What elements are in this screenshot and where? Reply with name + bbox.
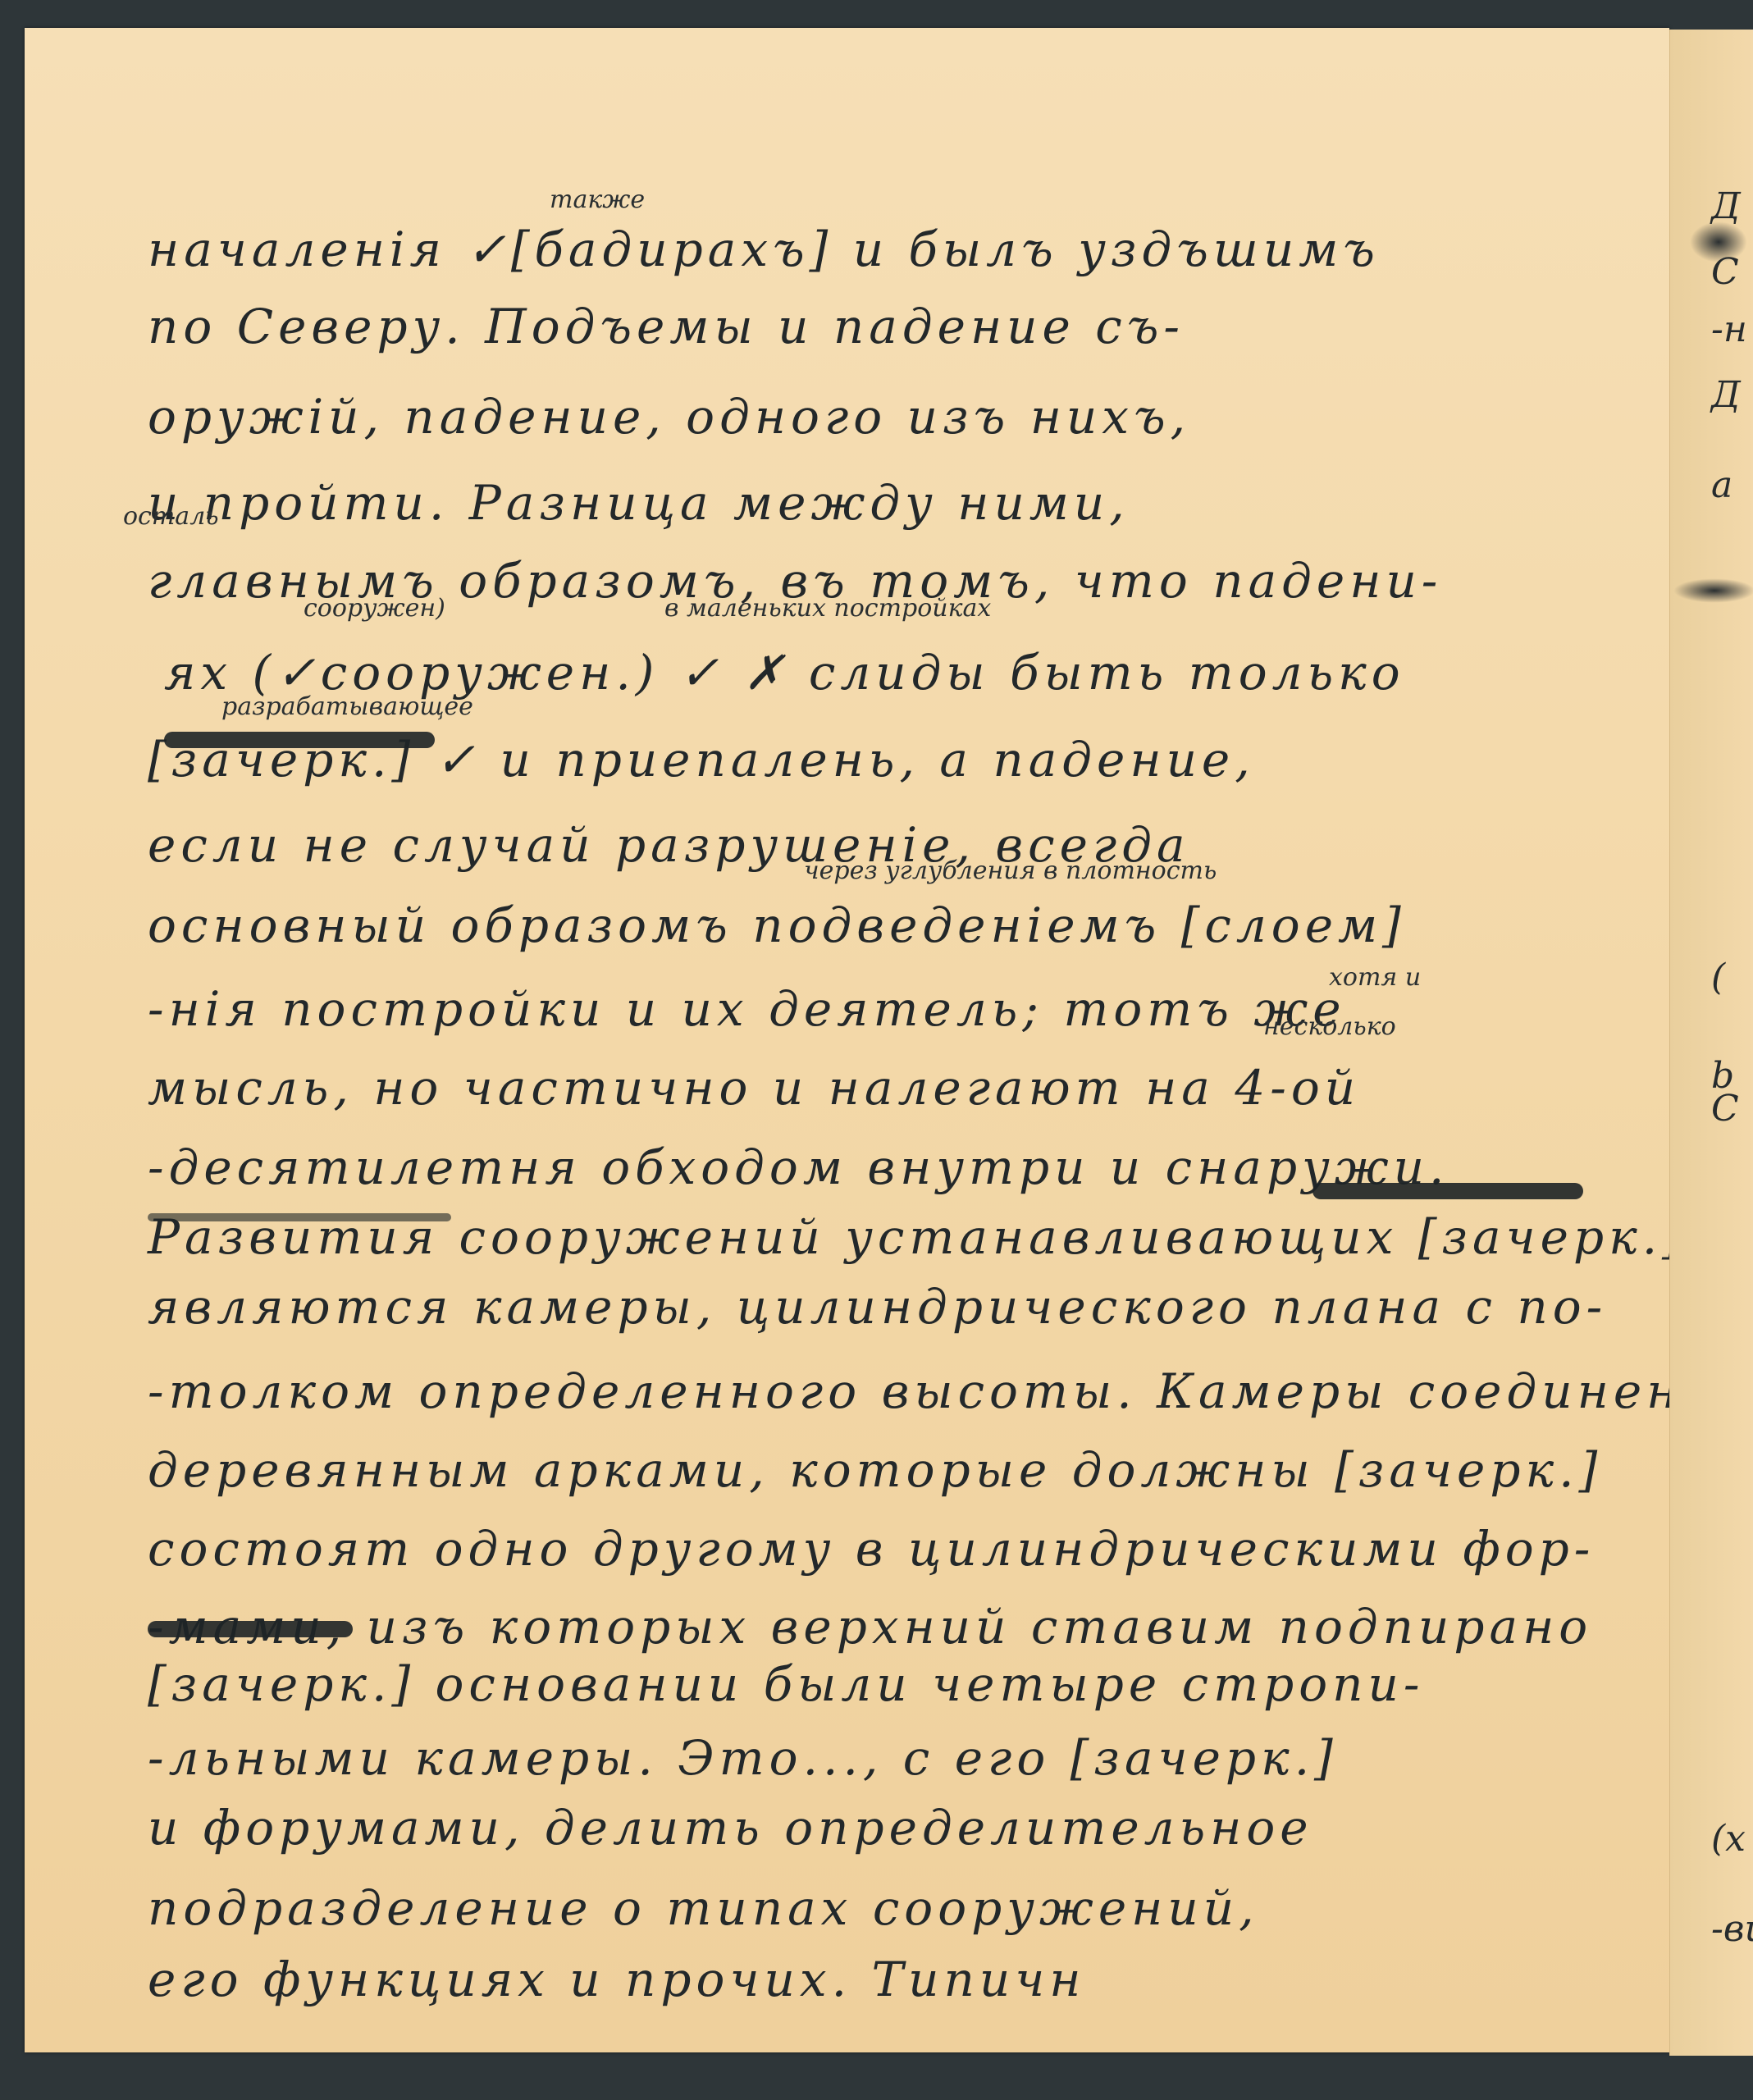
margin-fragment: Д: [1711, 374, 1741, 416]
ink-blot: [1690, 221, 1747, 262]
adjacent-page-edge: ДС-нДа(bС(х-ви: [1669, 30, 1753, 2056]
strikethrough: [1312, 1183, 1583, 1199]
text-line: оружій, падение, одного изъ нихъ,: [148, 389, 1190, 445]
text-line: -толком определенного высоты. Камеры сое…: [148, 1363, 1727, 1419]
margin-fragment: (х: [1711, 1818, 1746, 1860]
insertion-3: сооружен): [304, 594, 445, 623]
margin-fragment: С: [1711, 1088, 1739, 1130]
strikethrough: [148, 1621, 353, 1637]
ink-blot: [1673, 578, 1753, 603]
margin-fragment: -ви: [1711, 1908, 1753, 1950]
text-line: мысль, но частично и налегают на 4-ой: [148, 1060, 1360, 1116]
text-line: началенія ✓[бадирахъ] и былъ уздъшимъ: [148, 221, 1380, 277]
insertion-8: несколько: [1263, 1012, 1396, 1041]
text-line: -десятилетня обходом внутри и снаружи.: [148, 1139, 1449, 1195]
underline: [148, 1213, 451, 1221]
insertion-4: в маленьких постройках: [664, 594, 991, 623]
text-line: -мами, изъ которых верхний ставим подпир…: [148, 1599, 1592, 1655]
margin-fragment: а: [1711, 464, 1732, 506]
text-line: являются камеры, цилиндрического плана с…: [148, 1279, 1607, 1335]
insertion-1: также: [550, 185, 645, 214]
text-line: деревянным арками, которые должны [зачер…: [148, 1442, 1602, 1498]
insertion-5: разрабатывающее: [221, 692, 473, 721]
text-line: -нія постройки и их деятель; тотъ же: [148, 981, 1346, 1037]
text-line: -льными камеры. Это..., с его [зачерк.]: [148, 1730, 1338, 1786]
text-line: подразделение о типах сооружений,: [148, 1880, 1259, 1936]
strikethrough: [164, 732, 435, 748]
text-line: [зачерк.] основании были четыре стропи-: [148, 1656, 1424, 1712]
text-line: по Северу. Подъемы и падение съ-: [148, 299, 1185, 354]
manuscript-page: началенія ✓[бадирахъ] и былъ уздъшимъпо …: [25, 28, 1669, 2052]
text-line: его функциях и прочих. Типичн: [148, 1952, 1086, 2007]
text-line: основный образомъ подведеніемъ [слоем]: [148, 897, 1406, 953]
text-line: состоят одно другому в цилиндрическими ф…: [148, 1521, 1595, 1577]
text-line: и форумами, делить определительное: [148, 1800, 1313, 1856]
insertion-7: хотя и: [1329, 963, 1421, 992]
insertion-2: осталь: [123, 502, 219, 531]
margin-fragment: -н: [1711, 308, 1747, 350]
text-line: и пройти. Разница между ними,: [148, 475, 1130, 531]
margin-fragment: (: [1711, 956, 1725, 998]
insertion-6: через углубления в плотность: [804, 856, 1217, 885]
